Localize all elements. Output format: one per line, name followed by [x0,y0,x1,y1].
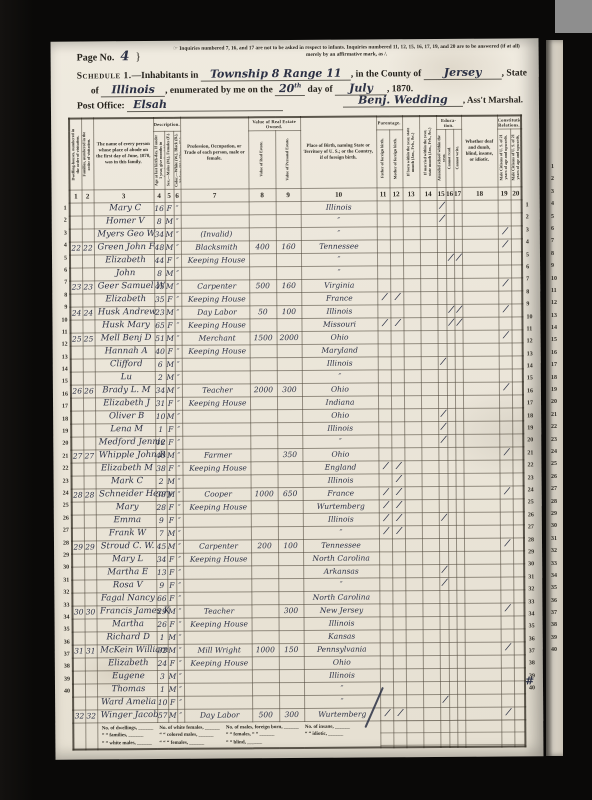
family-cell: 26 [83,384,95,397]
personal-estate-cell [276,253,301,266]
row-number-13: 13 [551,310,561,322]
personal-estate-cell: 2000 [277,331,302,344]
mark-cell-col17 [456,603,464,616]
color-cell-text: ″ [176,294,179,303]
personal-estate-cell [279,669,304,682]
census-table-body: Mary C16F″Illinois/Homer V8M″″/Myers Geo… [70,199,526,749]
dwelling-cell [71,436,83,449]
birthplace-cell-text: Illinois [326,202,352,211]
color-cell: ″ [177,709,184,722]
birthplace-cell: Ohio [302,447,378,461]
column-label-9: Value of Personal Estate. [285,138,290,181]
birthplace-cell-text: Illinois [329,670,355,679]
row-number-39: 39 [551,632,561,644]
mark-cell-col19 [500,563,513,576]
mark-cell-col20 [513,472,524,485]
family-cell [85,683,97,696]
age-cell-text: 16 [154,203,164,212]
mark-cell-col11 [378,447,391,460]
age-cell-text: 32 [157,645,167,654]
mark-cell-col16 [448,590,456,603]
mark-cell-col11 [379,564,392,577]
mark-cell-col15 [439,473,448,486]
name-cell-text: Myers Geo W [97,229,155,239]
color-cell-text: ″ [177,320,180,329]
age-cell: 28 [156,501,167,514]
mark-cell-col16 [447,330,455,343]
color-cell: ″ [174,215,181,228]
age-cell: 24 [157,657,168,670]
mark-cell-col18 [462,304,498,317]
mark-cell-col12 [392,577,405,590]
mark-cell-col17: / [454,304,462,317]
mark-cell-col20 [512,407,523,420]
name-cell-text: Martha [112,619,144,629]
mark-cell-col11 [377,239,390,252]
row-number-12: 12 [527,336,540,348]
age-cell-text: 24 [158,658,168,667]
dwelling-cell [70,319,82,332]
name-cell-text: Husk Mary [102,320,150,330]
mark-cell-col16 [447,369,455,382]
dwelling-cell: 25 [71,332,83,345]
column-label-2: Families, numbered in the order of visit… [83,127,93,181]
color-cell-text: ″ [178,528,181,537]
personal-estate-cell-text: 160 [282,281,296,290]
name-cell: Francis James K [96,605,156,618]
row-number-20: 20 [55,438,68,450]
real-estate-cell [250,422,277,435]
age-cell: 29 [156,605,167,618]
inquiry-note-line2: merely by an affirmative mark, as /. [306,52,387,59]
birthplace-cell: ″ [304,681,380,695]
column-header-15: Attended school within the year. [436,129,445,187]
mark-cell-col15 [438,460,447,473]
mark-cell-col14 [422,512,439,525]
row-number-7: 7 [526,274,539,286]
mark-cell-col20 [512,420,523,433]
color-cell-text: ″ [179,619,182,628]
occupation-cell-text: Keeping House [188,320,246,329]
mark-cell-col19 [499,420,512,433]
mark-cell-col17 [455,447,463,460]
mark-cell-col13 [405,538,422,551]
name-cell: Thomas [97,683,157,696]
birthplace-cell: Indiana [302,395,378,409]
occupation-cell: Keeping House [184,656,252,669]
sex-cell: M [165,215,174,228]
occupation-cell [184,630,252,643]
real-estate-cell [251,565,278,578]
column-number-1: 1 [70,189,82,202]
sex-cell: M [167,488,176,501]
name-cell: Clifford [95,358,155,371]
age-cell: 1 [155,423,166,436]
row-number-22: 22 [55,463,68,475]
real-estate-cell [252,656,279,669]
mark-cell-col16 [448,486,456,499]
mark-cell-col20 [511,290,522,303]
age-cell: 13 [156,566,167,579]
occupation-cell [183,578,251,591]
real-estate-cell-text: 1500 [254,333,273,342]
mark-cell-col11: / [380,707,393,720]
column-label-8: Value of Real Estate. [259,142,264,177]
birthplace-cell-text: ″ [337,215,340,224]
mark-cell-col13 [403,278,420,291]
family-cell [83,397,95,410]
birthplace-cell-text: England [325,462,357,471]
sex-cell: F [168,696,177,709]
sex-cell-text: F [169,554,174,563]
sex-cell-text: F [168,463,173,472]
column-label-7: Profession, Occupation, or Trade of each… [181,143,248,163]
mark-cell-col20 [514,654,525,667]
mark-cell-col14 [422,577,439,590]
occupation-cell-text: Keeping House [190,554,248,563]
adjacent-page-sliver: 1234567891011121314151617181920212223242… [546,40,563,756]
tally-grid-col11 [380,720,393,747]
mark-cell-col13 [406,655,423,668]
age-cell-text: 13 [157,567,167,576]
mark-cell-col17 [456,486,464,499]
mark-cell-col13 [405,512,422,525]
day-value: 20th [275,82,305,96]
name-cell-text: Elizabeth M [101,463,153,473]
real-estate-cell [249,318,276,331]
row-number-19: 19 [551,384,561,396]
sex-cell-text: M [166,333,174,342]
county-value: Jersey [424,66,502,81]
mark-cell-col13 [404,330,421,343]
occupation-cell: Keeping House [184,617,252,630]
mark-cell-col14 [420,252,437,265]
sex-cell-text: M [165,216,173,225]
row-number-11: 11 [526,323,539,335]
mark-cell-col19: / [499,381,512,394]
sex-cell-text: M [168,606,176,615]
personal-estate-cell-text: 300 [282,385,296,394]
mark-cell-col11 [380,655,393,668]
family-cell-text: 25 [84,334,94,343]
dwelling-cell: 30 [72,605,84,618]
mark-cell-col17 [456,499,464,512]
sex-cell-text: M [166,307,174,316]
mark-cell-col16 [449,668,457,681]
mark-cell-col14 [423,681,440,694]
mark-cell-col19 [499,407,512,420]
personal-estate-cell [278,591,303,604]
mark-cell-col19 [500,589,513,602]
personal-estate-cell: 160 [276,240,301,253]
name-cell-text: Rosa V [113,580,143,590]
color-cell-text: ″ [179,632,182,641]
name-cell-text: Winger Jacob [101,710,159,720]
mark-cell-col12 [391,408,404,421]
row-number-15: 15 [55,376,68,388]
row-number-7: 7 [551,235,561,247]
row-number-2: 2 [551,173,561,185]
mark-cell-col18 [463,434,499,447]
mark-cell-col13 [403,265,420,278]
sex-cell-text: M [167,489,175,498]
mark-cell-col13 [403,291,420,304]
personal-estate-cell [279,617,304,630]
name-cell-text: Clifford [110,359,143,369]
family-cell [84,514,96,527]
mark-cell-col13 [403,252,420,265]
tally-line: No. of dwellings, ______ [102,725,154,733]
tally-line: “ “ colored males, ______ [159,732,220,740]
mark-cell-col19: / [500,485,513,498]
page-number-line: Page No.4} [77,49,141,64]
birthplace-cell: Ohio [302,408,378,422]
mark-cell-col13 [404,395,421,408]
sex-cell-text: M [167,476,175,485]
row-number-17: 17 [55,401,68,413]
column-header-5: Sex.—Males (M.), Females (F.). [164,131,173,189]
real-estate-cell [251,552,278,565]
mark-cell-col13 [406,694,423,707]
family-cell-text: 24 [84,308,94,317]
age-cell: 66 [156,592,167,605]
personal-estate-cell-text: 350 [283,450,297,459]
family-cell-text: 23 [83,282,93,291]
mark-cell-col15: / [437,213,446,226]
column-label-1: Dwelling-houses, numbered in the order o… [71,127,81,181]
mark-cell-col12: / [392,512,405,525]
mark-cell-col18 [464,538,500,551]
mark-cell-col18 [465,642,501,655]
row-number-38: 38 [551,619,561,631]
tally-column-3: No. of males, foreign born, ______“ “ fe… [226,723,299,747]
real-estate-cell [249,292,276,305]
mark-cell-col15 [438,369,447,382]
family-cell-text: 26 [84,386,94,395]
birthplace-cell: ″ [301,226,377,240]
sex-cell-text: F [167,255,172,264]
family-cell [84,592,96,605]
occupation-cell: Mill Wright [184,643,252,656]
mark-cell-col14 [423,642,440,655]
mark-cell-col14 [421,460,438,473]
row-number-14: 14 [55,364,68,376]
mark-cell-col11 [377,200,390,213]
occupation-cell-text: Carpenter [197,281,236,290]
sex-cell: F [167,579,176,592]
name-cell: Frank W [96,527,156,540]
affirmative-tick: / [497,226,512,237]
age-cell-text: 45 [155,281,165,290]
row-number-19: 19 [527,422,540,434]
age-cell: 2 [156,475,167,488]
family-cell [84,566,96,579]
tally-grid-col15 [440,720,449,747]
birthplace-cell: ″ [301,213,377,227]
occupation-cell: Carpenter [183,539,251,552]
name-cell-text: Green John F [97,242,154,252]
column-header-4: Age at last birth-day. If under 1 year, … [153,131,164,189]
mark-cell-col20 [514,628,525,641]
dwelling-cell [73,618,85,631]
column-number-5: 5 [165,189,174,202]
dwelling-cell [72,527,84,540]
mark-cell-col14 [422,473,439,486]
row-number-1: 1 [526,199,539,211]
row-number-18: 18 [527,410,540,422]
color-cell-text: ″ [177,398,180,407]
birthplace-cell-text: North Carolina [312,553,369,562]
family-cell [82,202,94,215]
page-no-label: Page No. [77,52,115,63]
sex-cell-text: F [169,515,174,524]
mark-cell-col17 [457,668,465,681]
mark-cell-col12: / [390,317,403,330]
family-cell: 29 [84,540,96,553]
row-number-6: 6 [551,223,561,235]
mark-cell-col19 [498,252,511,265]
mark-cell-col15 [440,681,449,694]
occupation-cell: Day Labor [184,708,252,721]
mark-cell-col15 [439,486,448,499]
mark-cell-col11 [379,473,392,486]
name-cell: McKein William [97,644,157,657]
row-number-27: 27 [56,525,69,537]
occupation-cell-text: Merchant [199,333,236,342]
mark-cell-col19 [498,200,511,213]
dwelling-cell: 26 [71,384,83,397]
group-header-value: Value of Real Estate Owned. [248,117,300,130]
mark-cell-col14 [422,564,439,577]
occupation-cell [182,370,250,383]
color-cell-text: ″ [176,216,179,225]
age-cell: 40 [155,449,166,462]
mark-cell-col18 [462,226,498,239]
row-number-35: 35 [529,621,542,633]
personal-estate-cell [277,344,302,357]
mark-cell-col11: / [377,291,390,304]
occupation-cell [181,214,249,227]
sex-cell: M [165,267,174,280]
age-cell-text: 1 [160,684,165,693]
dwelling-cell [71,371,83,384]
mark-cell-col13 [404,382,421,395]
mark-cell-col17 [455,408,463,421]
mark-cell-col20 [513,550,524,563]
mark-cell-col20 [512,329,523,342]
mark-cell-col18 [465,681,501,694]
mark-cell-col16 [449,629,457,642]
row-number-10: 10 [526,311,539,323]
color-cell-text: ″ [176,229,179,238]
sex-cell-text: F [170,658,175,667]
sex-cell-text: F [167,320,172,329]
mark-cell-col12 [392,538,405,551]
birthplace-cell-text: Illinois [326,306,352,315]
mark-cell-col20 [511,225,522,238]
column-label-13: If born within the year, state month (Ja… [406,125,416,179]
mark-cell-col17 [455,343,463,356]
family-cell [84,527,96,540]
column-number-13: 13 [403,187,420,200]
name-cell: Elizabeth M [95,462,155,475]
mark-cell-col19 [501,680,514,693]
color-cell: ″ [176,553,183,566]
name-cell: Oliver B [95,410,155,423]
name-cell-text: Fagal Nancy [101,593,155,603]
age-cell-text: 51 [155,333,165,342]
real-estate-cell [250,461,277,474]
family-cell [83,423,95,436]
mark-cell-col11 [378,434,391,447]
birthplace-cell-text: ″ [338,267,341,276]
column-header-9: Value of Personal Estate. [275,130,300,188]
personal-estate-cell-text: 100 [282,307,296,316]
column-number-10: 10 [301,187,377,201]
column-number-16: 16 [446,187,454,200]
color-cell-text: ″ [177,346,180,355]
row-number-3: 3 [551,186,561,198]
column-header-17: Cannot write. [453,129,461,187]
dwelling-cell [71,345,83,358]
row-number-6: 6 [526,261,539,273]
birthplace-cell-text: Illinois [327,358,353,367]
group-header-parent: Parentage. [376,116,402,129]
mark-cell-col13 [404,343,421,356]
mark-cell-col18 [463,330,499,343]
mark-cell-col17 [455,421,463,434]
row-number-24: 24 [56,488,69,500]
dwelling-cell [72,514,84,527]
mark-cell-col18 [462,265,498,278]
sex-cell: F [168,618,177,631]
column-number-4: 4 [154,189,165,202]
column-label-3: The name of every person whose place of … [94,141,153,167]
mark-cell-col16 [447,382,455,395]
real-estate-cell [250,409,277,422]
color-cell: ″ [176,566,183,579]
color-cell-text: ″ [177,411,180,420]
left-row-numbers: 1234567891011121314151617181920212223242… [54,203,70,699]
mark-cell-col14 [423,707,440,720]
family-cell [82,228,94,241]
mark-cell-col16 [447,343,455,356]
personal-estate-cell [278,474,303,487]
mark-cell-col13 [405,603,422,616]
personal-estate-cell [278,500,303,513]
color-cell-text: ″ [177,359,180,368]
mark-cell-col16 [448,473,456,486]
personal-estate-cell [276,266,301,279]
row-number-36: 36 [529,633,542,645]
sex-cell: M [168,709,177,722]
occupation-cell-text: Teacher [202,385,232,394]
row-number-21: 21 [551,409,561,421]
birthplace-cell: Virginia [301,278,377,292]
mark-cell-col11 [378,369,391,382]
family-cell [85,618,97,631]
color-cell-text: ″ [176,203,179,212]
family-cell-text: 31 [86,646,96,655]
mark-cell-col20 [512,342,523,355]
mark-cell-col19 [498,291,511,304]
mark-cell-col14 [423,694,440,707]
age-cell-text: 31 [156,398,166,407]
mark-cell-col15: / [440,694,449,707]
mark-cell-col18 [463,369,499,382]
dwelling-cell [71,462,83,475]
mark-cell-col18 [464,512,500,525]
